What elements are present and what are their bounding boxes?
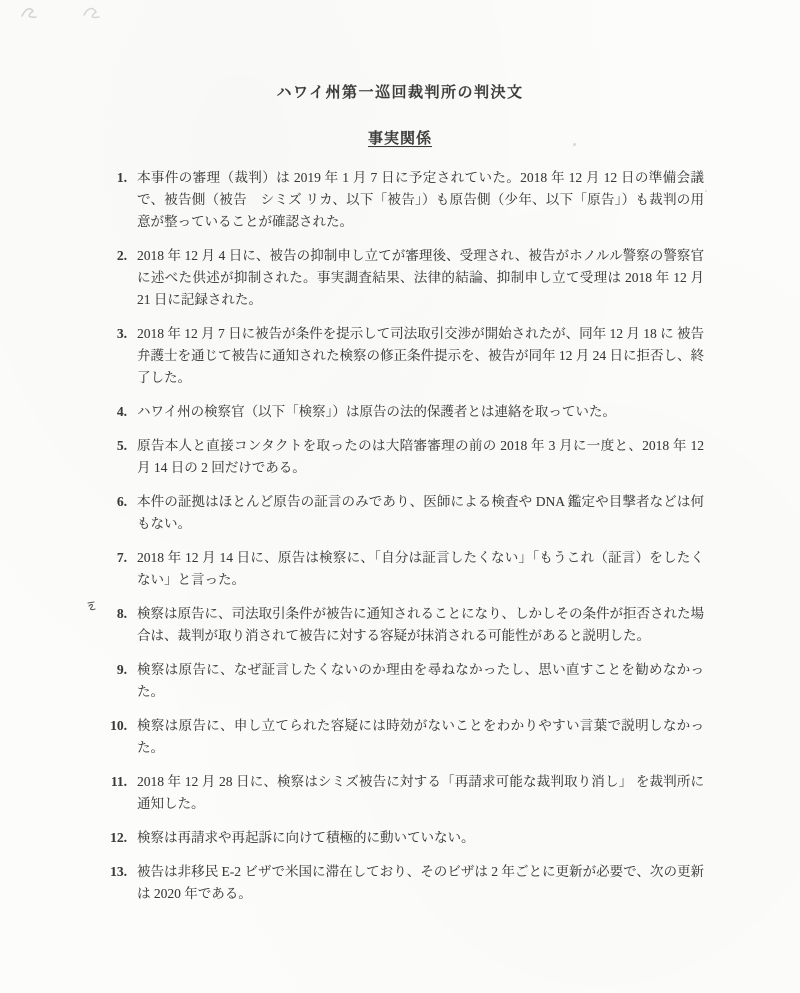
fact-text: 2018 年 12 月 7 日に被告が条件を提示して司法取引交渉が開始されたが、… [131, 323, 704, 389]
scan-speck [705, 190, 707, 192]
section-heading-wrap: 事実関係 [0, 127, 800, 148]
scanned-document-page: ハワイ州第一巡回裁判所の判決文 事実関係 1. 本事件の審理（裁判）は 2019… [0, 0, 800, 993]
fact-item-8: 8. 検察は原告に、司法取引条件が被告に通知されることになり、しかしその条件が拒… [100, 603, 704, 647]
fact-text: 検察は原告に、なぜ証言したくないのか理由を尋ねなかったし、思い直すことを勧めなか… [131, 659, 704, 703]
fact-text: 原告本人と直接コンタクトを取ったのは大陪審審理の前の 2018 年 3 月に一度… [131, 435, 704, 479]
fact-item-6: 6. 本件の証拠はほとんど原告の証言のみであり、医師による検査や DNA 鑑定や… [100, 491, 704, 535]
fact-number: 8. [100, 603, 127, 647]
fact-text: ハワイ州の検察官（以下「検察」）は原告の法的保護者とは連絡を取っていた。 [131, 401, 704, 423]
fact-text: 本件の証拠はほとんど原告の証言のみであり、医師による検査や DNA 鑑定や目撃者… [131, 491, 704, 535]
fact-number: 4. [100, 401, 127, 423]
fact-item-2: 2. 2018 年 12 月 4 日に、被告の抑制申し立てが審理後、受理され、被… [100, 245, 704, 311]
fact-number: 2. [100, 245, 127, 311]
fact-item-7: 7. 2018 年 12 月 14 日に、原告は検察に、「自分は証言したくない」… [100, 547, 704, 591]
fact-number: 12. [100, 827, 127, 849]
fact-number: 5. [100, 435, 127, 479]
fact-item-10: 10. 検察は原告に、申し立てられた容疑には時効がないことをわかりやすい言葉で説… [100, 715, 704, 759]
section-heading: 事実関係 [368, 127, 432, 148]
fact-number: 13. [100, 861, 127, 905]
fact-text: 検察は原告に、司法取引条件が被告に通知されることになり、しかしその条件が拒否され… [131, 603, 704, 647]
document-title: ハワイ州第一巡回裁判所の判決文 [0, 0, 800, 102]
fact-text: 本事件の審理（裁判）は 2019 年 1 月 7 日に予定されていた。2018 … [131, 167, 704, 233]
fact-item-4: 4. ハワイ州の検察官（以下「検察」）は原告の法的保護者とは連絡を取っていた。 [100, 401, 704, 423]
fact-number: 1. [100, 167, 127, 233]
fact-number: 3. [100, 323, 127, 389]
fact-text: 検察は再請求や再起訴に向けて積極的に動いていない。 [131, 827, 704, 849]
fact-number: 11. [100, 771, 127, 815]
fact-item-11: 11. 2018 年 12 月 28 日に、検察はシミズ被告に対する「再請求可能… [100, 771, 704, 815]
fact-text: 2018 年 12 月 14 日に、原告は検察に、「自分は証言したくない」「もう… [131, 547, 704, 591]
fact-text: 検察は原告に、申し立てられた容疑には時効がないことをわかりやすい言葉で説明しなか… [131, 715, 704, 759]
fact-text: 2018 年 12 月 28 日に、検察はシミズ被告に対する「再請求可能な裁判取… [131, 771, 704, 815]
fact-item-5: 5. 原告本人と直接コンタクトを取ったのは大陪審審理の前の 2018 年 3 月… [100, 435, 704, 479]
scan-speck [573, 143, 576, 146]
fact-number: 7. [100, 547, 127, 591]
fact-text: 2018 年 12 月 4 日に、被告の抑制申し立てが審理後、受理され、被告がホ… [131, 245, 704, 311]
fact-item-3: 3. 2018 年 12 月 7 日に被告が条件を提示して司法取引交渉が開始され… [100, 323, 704, 389]
fact-item-1: 1. 本事件の審理（裁判）は 2019 年 1 月 7 日に予定されていた。20… [100, 167, 704, 233]
fact-item-13: 13. 被告は非移民 E-2 ビザで米国に滞在しており、そのビザは 2 年ごとに… [100, 861, 704, 905]
fact-item-12: 12. 検察は再請求や再起訴に向けて積極的に動いていない。 [100, 827, 704, 849]
fact-number: 9. [100, 659, 127, 703]
fact-text: 被告は非移民 E-2 ビザで米国に滞在しており、そのビザは 2 年ごとに更新が必… [131, 861, 704, 905]
fact-number: 6. [100, 491, 127, 535]
fact-number: 10. [100, 715, 127, 759]
handwritten-margin-mark-icon [85, 600, 98, 613]
facts-list: 1. 本事件の審理（裁判）は 2019 年 1 月 7 日に予定されていた。20… [0, 167, 800, 905]
fact-item-9: 9. 検察は原告に、なぜ証言したくないのか理由を尋ねなかったし、思い直すことを勧… [100, 659, 704, 703]
